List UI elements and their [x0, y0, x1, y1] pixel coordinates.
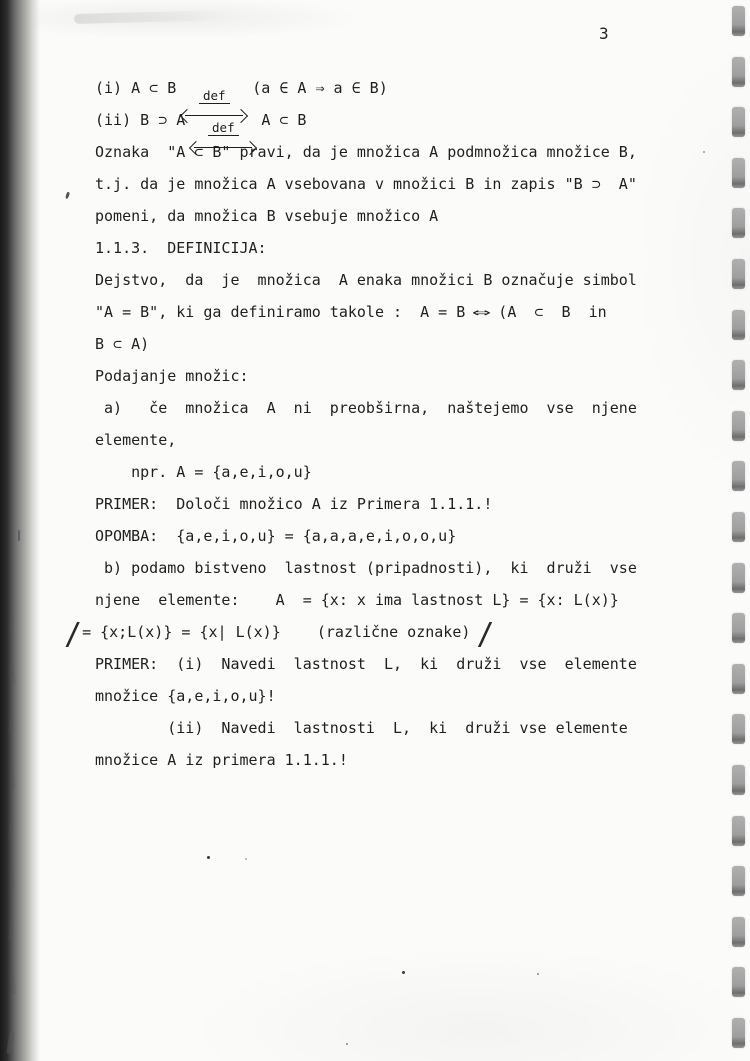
- binder-mark: [732, 259, 745, 289]
- text-line: B ⊂ A): [95, 328, 675, 360]
- binder-mark: [732, 107, 745, 137]
- text-line: množice A iz primera 1.1.1.!: [95, 744, 675, 776]
- formula-text: (i) A ⊂ B: [95, 79, 176, 97]
- text-line: (ii) B ⊃ AdefA ⊂ B: [95, 104, 675, 136]
- binder-marks: [724, 0, 750, 1061]
- binder-mark: [732, 411, 745, 441]
- formula-text: (a ∈ A ⇒ a ∈ B): [252, 79, 387, 97]
- text-line: /= {x;L(x)} = {x| L(x)} (različne oznake…: [64, 616, 675, 648]
- double-arrow-icon: ⇔: [472, 296, 491, 328]
- binder-mark: [732, 714, 745, 744]
- scan-artifact: [346, 1043, 348, 1045]
- text-line: pomeni, da množica B vsebuje množico A: [95, 200, 675, 232]
- scan-artifact: [537, 973, 539, 975]
- section-heading: 1.1.3. DEFINICIJA:: [95, 232, 675, 264]
- binder-mark: [732, 461, 745, 491]
- text-line: "A = B", ki ga definiramo takole : A = B…: [95, 296, 675, 328]
- binder-mark: [732, 158, 745, 188]
- page-number: 3: [599, 24, 610, 43]
- scanned-page: 3 (i) A ⊂ Bdef(a ∈ A ⇒ a ∈ B) (ii) B ⊃ A…: [0, 0, 750, 1061]
- scan-artifact: [207, 856, 210, 859]
- formula-text: A ⊂ B: [261, 111, 306, 129]
- scan-artifact: [65, 192, 70, 200]
- binder-mark: [732, 917, 745, 947]
- binder-mark: [732, 613, 745, 643]
- text-line: t.j. da je množica A vsebovana v množici…: [95, 168, 675, 200]
- text-line: (ii) Navedi lastnosti L, ki druži vse el…: [95, 712, 675, 744]
- binder-mark: [732, 208, 745, 238]
- text-line: Oznaka "A ⊂ B" pravi, da je množica A po…: [95, 136, 675, 168]
- text-line: množice {a,e,i,o,u}!: [95, 680, 675, 712]
- handwritten-slash: /: [64, 617, 82, 652]
- text-line: (i) A ⊂ Bdef(a ∈ A ⇒ a ∈ B): [95, 72, 675, 104]
- text-line: PRIMER: (i) Navedi lastnost L, ki druži …: [95, 648, 675, 680]
- def-label: def: [208, 121, 239, 136]
- scan-artifact: [703, 151, 705, 153]
- handwritten-slash: /: [476, 617, 494, 652]
- binder-mark: [732, 512, 745, 542]
- binder-mark: [732, 57, 745, 87]
- binder-mark: [732, 360, 745, 390]
- formula-text: (ii) B ⊃ A: [95, 111, 185, 129]
- scan-artifact: [402, 971, 405, 974]
- formula-text: "A = B", ki ga definiramo takole : A = B: [95, 303, 465, 321]
- def-label: def: [199, 89, 230, 104]
- text-line: a) če množica A ni preobširna, naštejemo…: [95, 392, 675, 424]
- binder-mark: [732, 866, 745, 896]
- binder-mark: [732, 816, 745, 846]
- document-text: (i) A ⊂ Bdef(a ∈ A ⇒ a ∈ B) (ii) B ⊃ Ade…: [95, 72, 675, 776]
- scan-artifact: [245, 858, 247, 860]
- text-line: PRIMER: Določi množico A iz Primera 1.1.…: [95, 488, 675, 520]
- scan-artifact: [18, 530, 20, 541]
- binder-mark: [732, 6, 745, 36]
- binder-mark: [732, 967, 745, 997]
- text-line: npr. A = {a,e,i,o,u}: [95, 456, 675, 488]
- book-edge-shadow: [0, 0, 40, 1061]
- binder-mark: [732, 310, 745, 340]
- text-line: Podajanje množic:: [95, 360, 675, 392]
- scan-artifact: [74, 10, 229, 24]
- text-line: b) podamo bistveno lastnost (pripadnosti…: [95, 552, 675, 584]
- binder-mark: [732, 765, 745, 795]
- text-line: OPOMBA: {a,e,i,o,u} = {a,a,a,e,i,o,o,u}: [95, 520, 675, 552]
- text-line: elemente,: [95, 424, 675, 456]
- binder-mark: [732, 1018, 745, 1048]
- formula-text: (A ⊂ B in: [498, 303, 606, 321]
- def-equivalence-arrow-icon: def: [183, 79, 245, 121]
- text-line: njene elemente: A = {x: x ima lastnost L…: [95, 584, 675, 616]
- binder-mark: [732, 664, 745, 694]
- text-line: Dejstvo, da je množica A enaka množici B…: [95, 264, 675, 296]
- binder-mark: [732, 563, 745, 593]
- formula-text: = {x;L(x)} = {x| L(x)} (različne oznake): [82, 623, 470, 641]
